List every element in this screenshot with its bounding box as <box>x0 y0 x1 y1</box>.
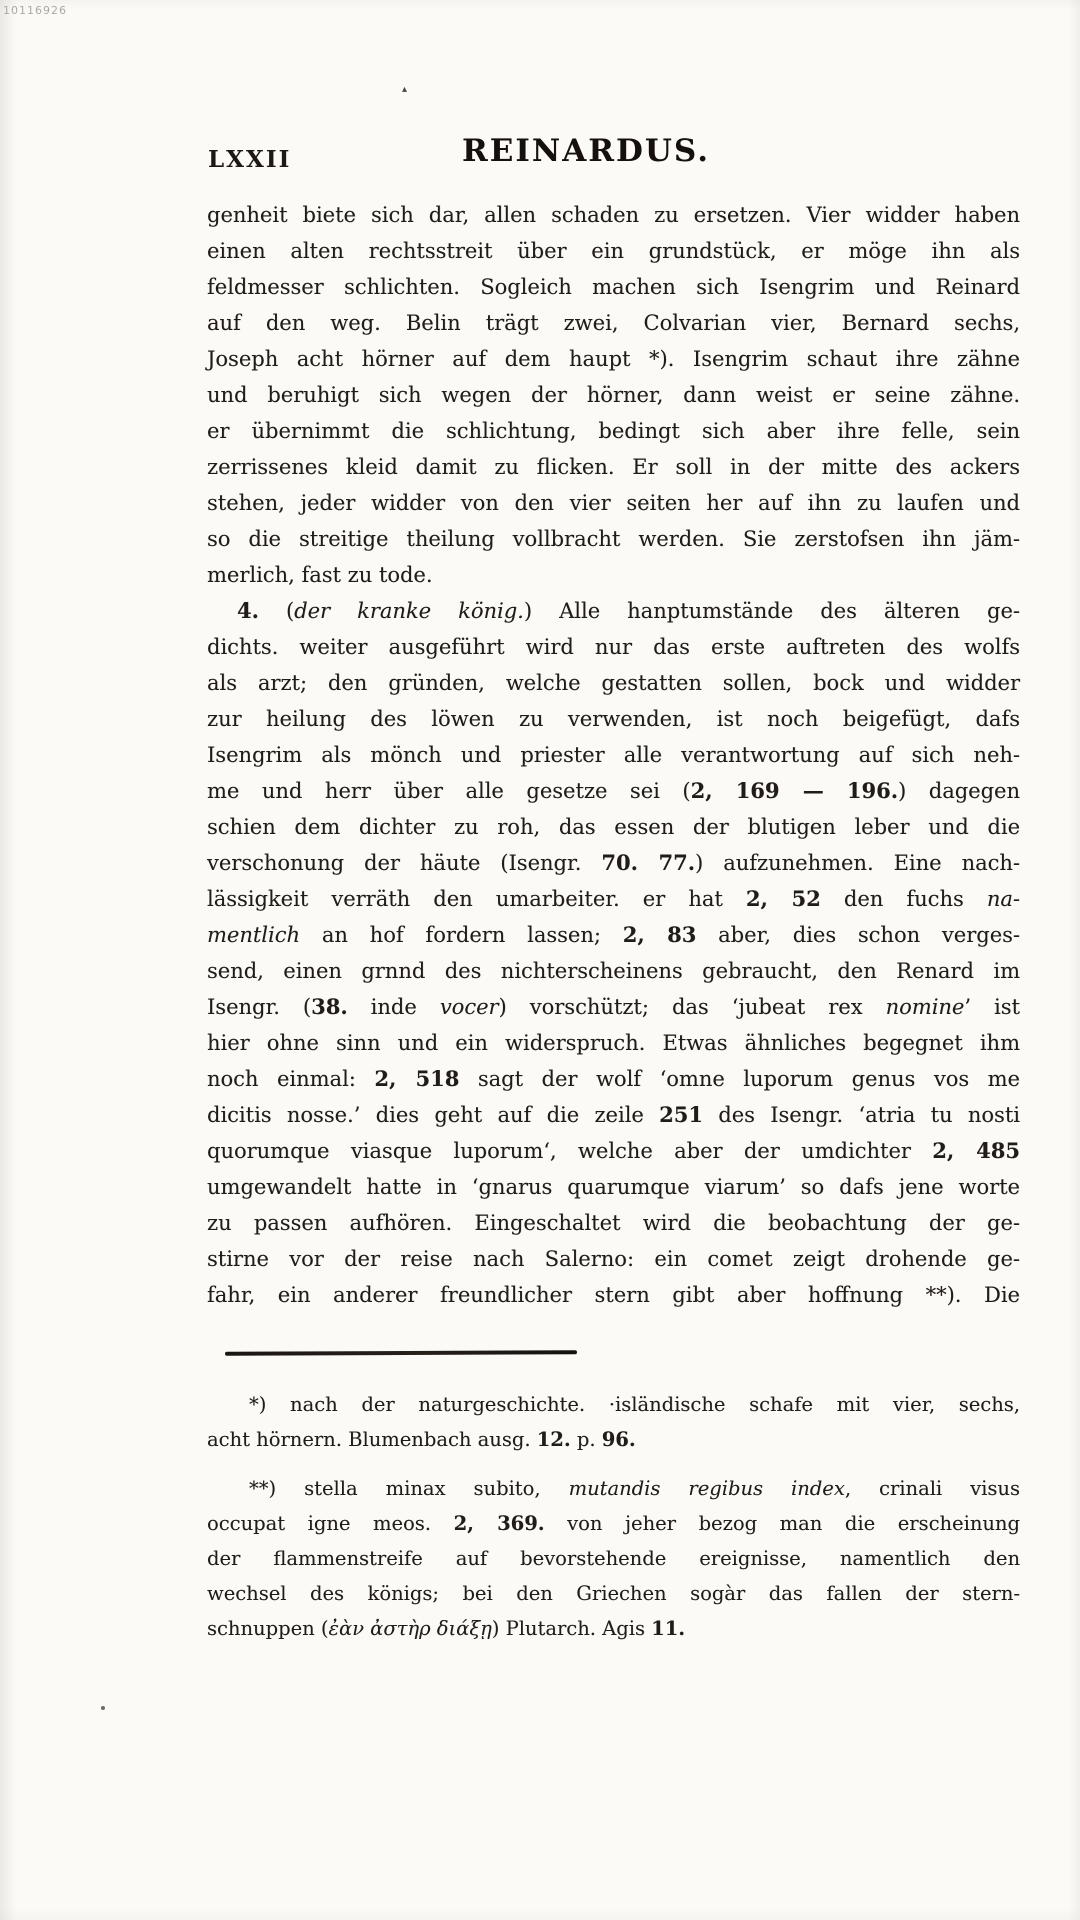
page-number: LXXII <box>208 146 291 173</box>
text-line: dicitis nosse.’ dies geht auf die zeile … <box>207 1097 1020 1133</box>
footnote-separator-rule <box>225 1350 577 1356</box>
text-line: send, einen grnnd des nichterscheinens g… <box>207 953 1020 989</box>
text-line: Joseph acht hörner auf dem haupt *). Ise… <box>207 341 1020 377</box>
text-line: so die streitige theilung vollbracht wer… <box>207 521 1020 557</box>
text-line: lässigkeit verräth den umarbeiter. er ha… <box>207 881 1020 917</box>
text-line: zerrissenes kleid damit zu flicken. Er s… <box>207 449 1020 485</box>
scan-id-number: 10116926 <box>3 4 67 17</box>
text-line: *) nach der naturgeschichte. ·isländisch… <box>207 1387 1020 1422</box>
footnotes-section: *) nach der naturgeschichte. ·isländisch… <box>207 1387 1020 1646</box>
text-line: Isengrim als mönch und priester alle ver… <box>207 737 1020 773</box>
text-line: schien dem dichter zu roh, das essen der… <box>207 809 1020 845</box>
footnote: *) nach der naturgeschichte. ·isländisch… <box>207 1387 1020 1457</box>
print-artifact-mark: ▴ <box>402 84 407 95</box>
text-line: feldmesser schlichten. Sogleich machen s… <box>207 269 1020 305</box>
text-line: stirne vor der reise nach Salerno: ein c… <box>207 1241 1020 1277</box>
text-line: fahr, ein anderer freundlicher stern gib… <box>207 1277 1020 1313</box>
text-line: Isengr. (38. inde vocer) vorschützt; das… <box>207 989 1020 1025</box>
footnote: **) stella minax subito, mutandis regibu… <box>207 1471 1020 1646</box>
text-line: 4. (der kranke könig.) Alle hanptumständ… <box>207 593 1020 629</box>
text-line: der flammenstreife auf bevorstehende ere… <box>207 1541 1020 1576</box>
text-line: dichts. weiter ausgeführt wird nur das e… <box>207 629 1020 665</box>
text-line: me und herr über alle gesetze sei (2, 16… <box>207 773 1020 809</box>
text-line: zu passen aufhören. Eingeschaltet wird d… <box>207 1205 1020 1241</box>
text-line: hier ohne sinn und ein widerspruch. Etwa… <box>207 1025 1020 1061</box>
text-line: einen alten rechtsstreit über ein grunds… <box>207 233 1020 269</box>
text-line: quorumque viasque luporum‘, welche aber … <box>207 1133 1020 1169</box>
text-line: wechsel des königs; bei den Griechen sog… <box>207 1576 1020 1611</box>
text-line: occupat igne meos. 2, 369. von jeher bez… <box>207 1506 1020 1541</box>
text-line: und beruhigt sich wegen der hörner, dann… <box>207 377 1020 413</box>
text-line: mentlich an hof fordern lassen; 2, 83 ab… <box>207 917 1020 953</box>
text-line: er übernimmt die schlichtung, bedingt si… <box>207 413 1020 449</box>
body-text: genheit biete sich dar, allen schaden zu… <box>207 197 1020 1313</box>
text-line: verschonung der häute (Isengr. 70. 77.) … <box>207 845 1020 881</box>
text-line: **) stella minax subito, mutandis regibu… <box>207 1471 1020 1506</box>
text-line: stehen, jeder widder von den vier seiten… <box>207 485 1020 521</box>
text-line: noch einmal: 2, 518 sagt der wolf ‘omne … <box>207 1061 1020 1097</box>
text-line: acht hörnern. Blumenbach ausg. 12. p. 96… <box>207 1422 1020 1457</box>
text-line: schnuppen (ἐὰν ἀστὴρ διάξῃ) Plutarch. Ag… <box>207 1611 1020 1646</box>
page-title: REINARDUS. <box>462 133 710 169</box>
text-line: als arzt; den gründen, welche gestatten … <box>207 665 1020 701</box>
text-line: merlich, fast zu tode. <box>207 557 1020 593</box>
scan-speck <box>101 1706 105 1710</box>
text-line: umgewandelt hatte in ‘gnarus quarumque v… <box>207 1169 1020 1205</box>
text-line: auf den weg. Belin trägt zwei, Colvarian… <box>207 305 1020 341</box>
text-line: genheit biete sich dar, allen schaden zu… <box>207 197 1020 233</box>
text-line: zur heilung des löwen zu verwenden, ist … <box>207 701 1020 737</box>
